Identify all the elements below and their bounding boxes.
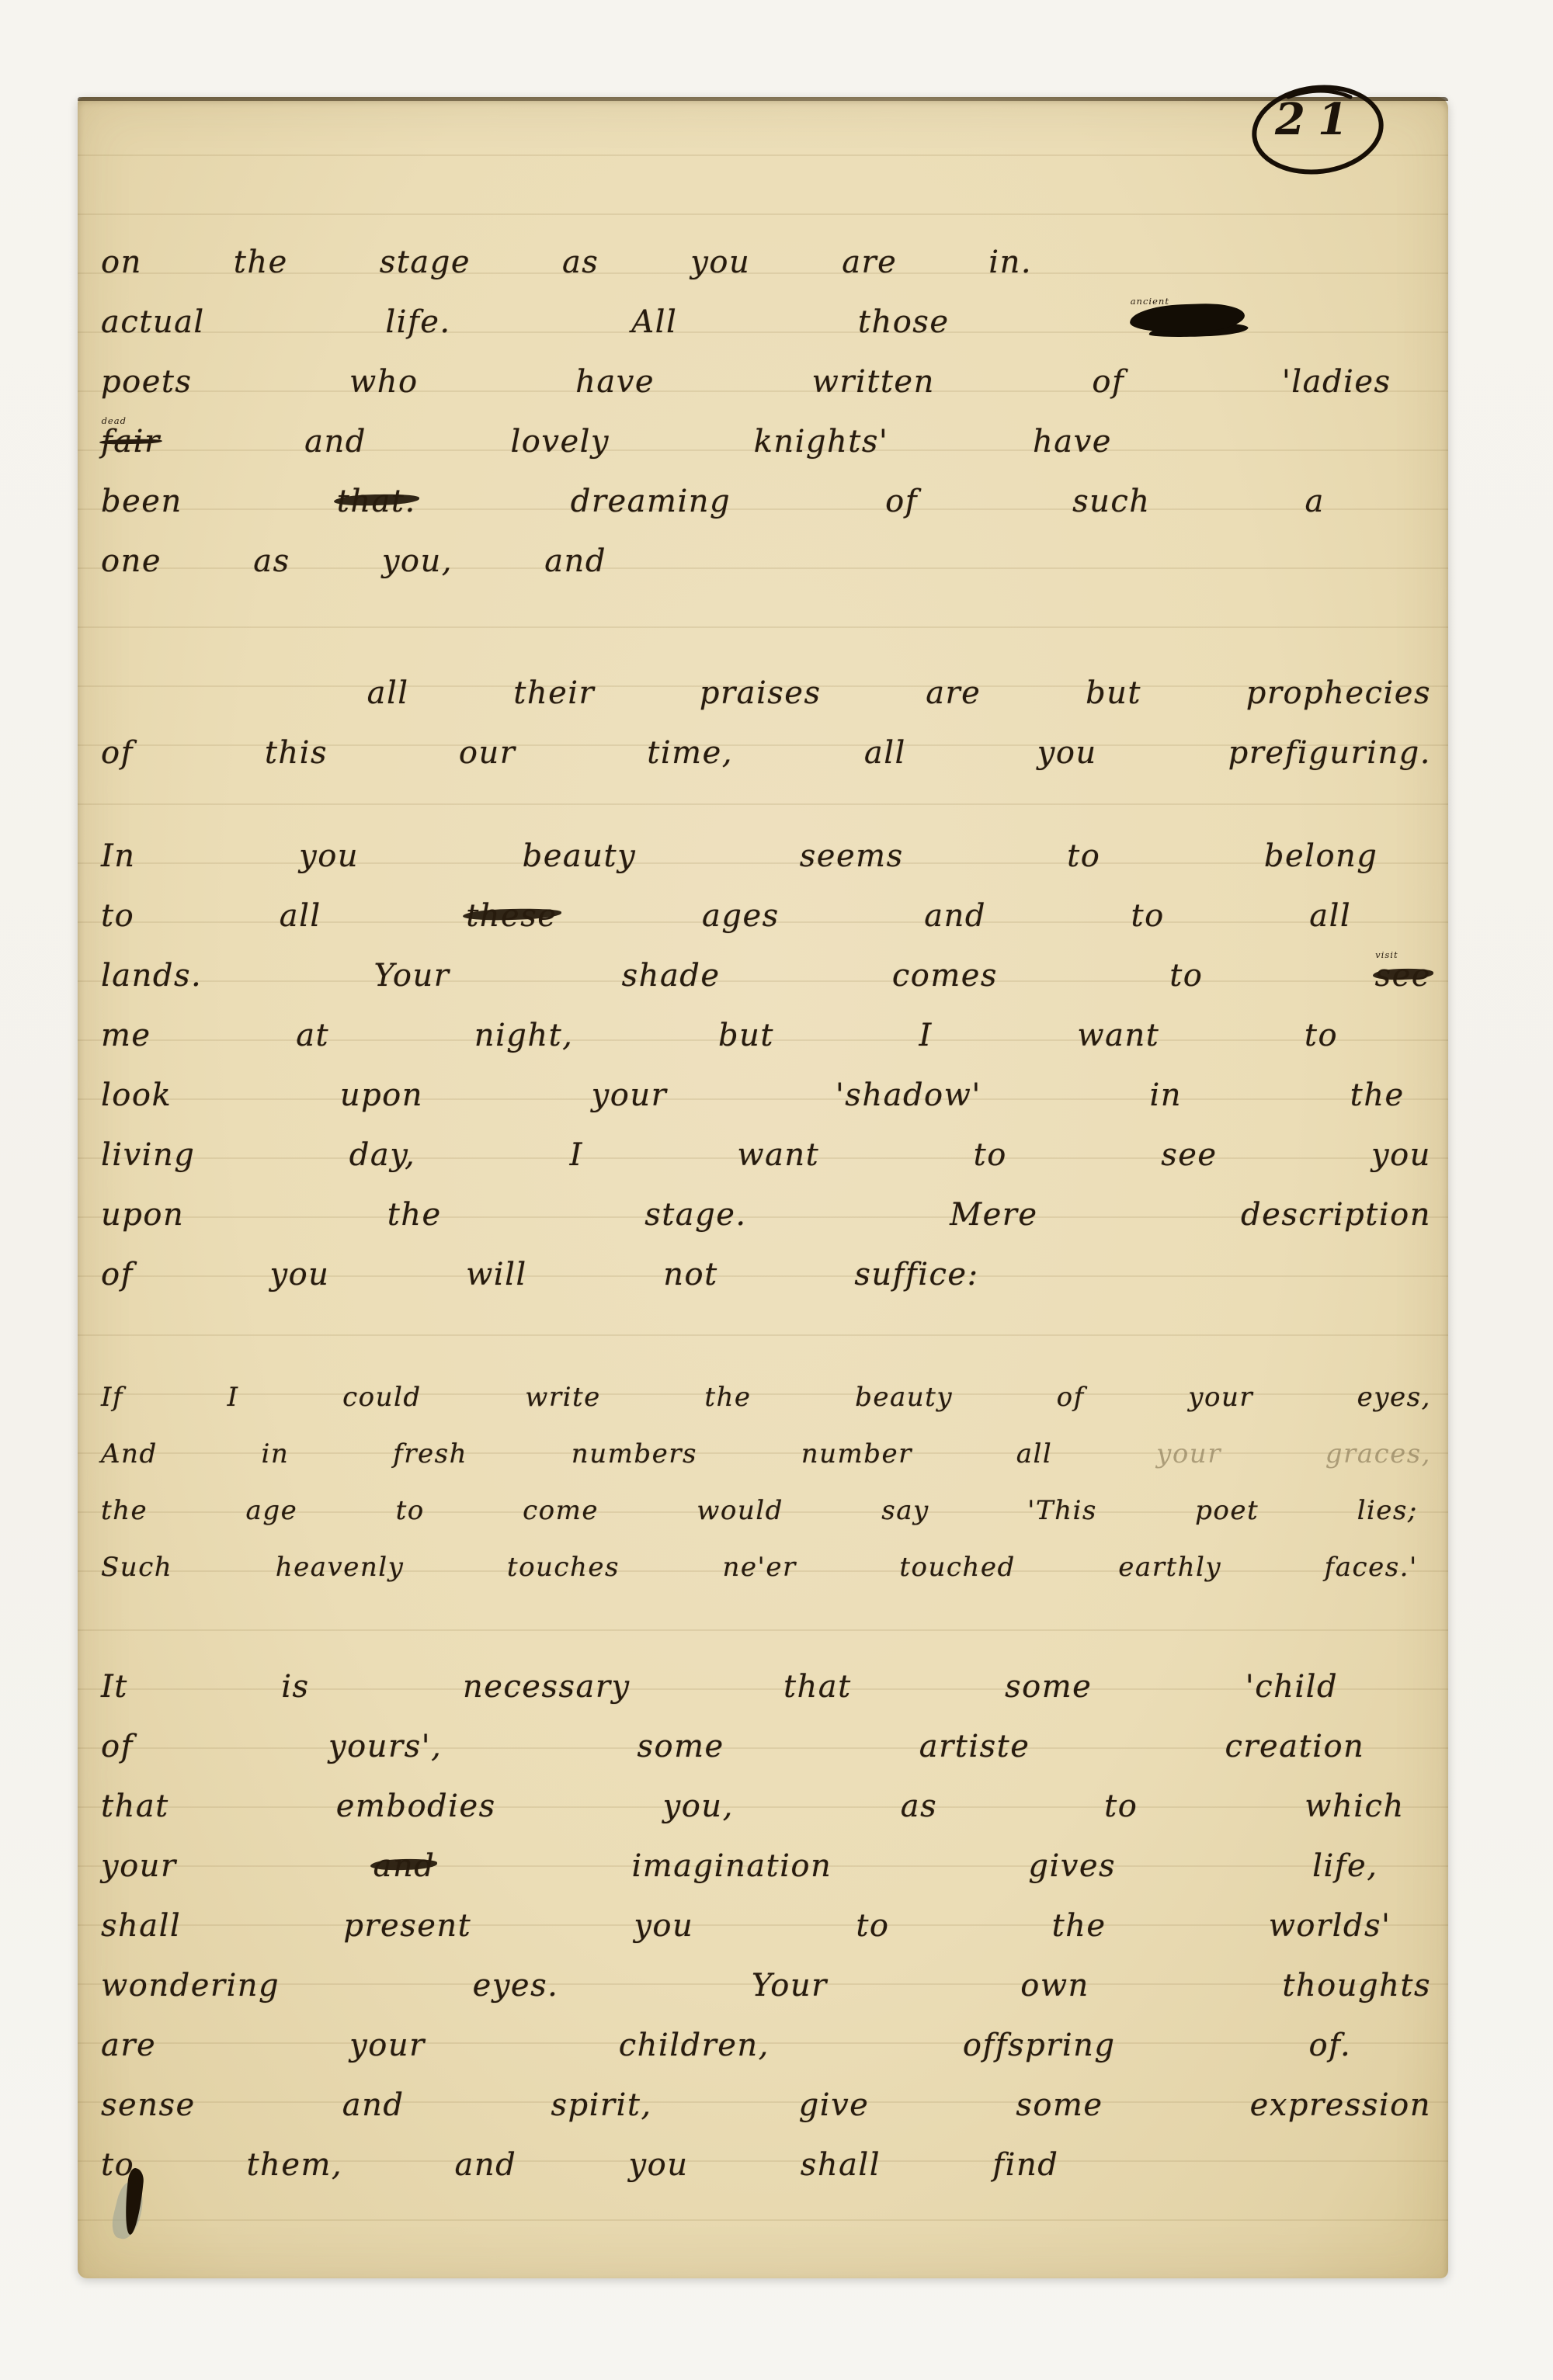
manuscript-word: say	[881, 1495, 929, 1526]
manuscript-line: ofthisourtime,allyouprefiguring.	[101, 735, 1431, 795]
struck-word: fair	[101, 424, 161, 460]
manuscript-word: and	[544, 543, 606, 579]
manuscript-word: your	[1156, 1438, 1221, 1469]
manuscript-word: eyes,	[1357, 1382, 1431, 1413]
manuscript-word: expression	[1250, 2087, 1431, 2123]
manuscript-word: It	[101, 1669, 128, 1705]
manuscript-word: me	[101, 1018, 151, 1053]
manuscript-word: heavenly	[276, 1552, 405, 1583]
manuscript-word: eyes.	[473, 1968, 559, 2004]
quote-block: alltheirpraisesarebutpropheciesofthisour…	[101, 675, 1431, 795]
manuscript-word: lands.	[101, 958, 202, 994]
manuscript-word: some	[1016, 2087, 1103, 2123]
manuscript-word: life.	[385, 304, 450, 340]
manuscript-word: in	[262, 1438, 290, 1469]
manuscript-word: sense	[101, 2087, 196, 2123]
manuscript-word: in	[1149, 1077, 1182, 1113]
manuscript-word: some	[1005, 1669, 1092, 1705]
inserted-word: ancient	[1131, 296, 1169, 307]
manuscript-word: comes	[892, 958, 998, 994]
manuscript-word: 'shadow'	[836, 1077, 981, 1113]
paragraph: onthestageasyouarein.actuallife.Allthose…	[101, 245, 1431, 603]
manuscript-word: praises	[700, 675, 822, 711]
manuscript-word: are	[101, 2028, 156, 2063]
manuscript-word: want	[1077, 1018, 1159, 1053]
manuscript-word: living	[101, 1137, 195, 1173]
manuscript-word: numbers	[572, 1438, 697, 1469]
manuscript-word: suffice:	[854, 1257, 978, 1292]
manuscript-word: number	[801, 1438, 912, 1469]
manuscript-word: necessary	[463, 1669, 631, 1705]
manuscript-word: I	[228, 1382, 239, 1413]
manuscript-word: as	[253, 543, 290, 579]
manuscript-word: you,	[382, 543, 453, 579]
struck-word: see	[1375, 958, 1431, 994]
manuscript-word: 'This	[1027, 1495, 1097, 1526]
manuscript-line: onthestageasyouarein.	[101, 245, 1032, 304]
manuscript-word: the	[101, 1495, 148, 1526]
manuscript-word: the	[704, 1382, 751, 1413]
manuscript-line: meatnight,butIwantto	[101, 1018, 1338, 1077]
manuscript-line: tothem,andyoushallfind	[101, 2147, 1058, 2207]
manuscript-word: come	[523, 1495, 599, 1526]
manuscript-line: thatembodiesyou,astowhich	[101, 1788, 1405, 1848]
manuscript-word: write	[525, 1382, 601, 1413]
manuscript-word: would	[697, 1495, 783, 1526]
manuscript-word: their	[513, 675, 595, 711]
manuscript-word: Such	[101, 1552, 172, 1583]
manuscript-word: own	[1020, 1968, 1089, 2004]
manuscript-line: areyourchildren,offspringof.	[101, 2028, 1351, 2087]
manuscript-word: you	[299, 838, 359, 874]
manuscript-line: fairdeadandlovelyknights'have	[101, 424, 1112, 484]
manuscript-word: is	[281, 1669, 309, 1705]
manuscript-word: faces.'	[1325, 1552, 1418, 1583]
manuscript-word: seems	[800, 838, 904, 874]
struck-word: and	[373, 1848, 436, 1884]
manuscript-word: in.	[988, 245, 1032, 280]
manuscript-word: In	[101, 838, 136, 874]
manuscript-word: and	[454, 2147, 516, 2183]
inserted-word: dead	[102, 415, 127, 426]
manuscript-word: our	[459, 735, 516, 771]
manuscript-word: of.	[1309, 2028, 1352, 2063]
manuscript-word: all	[1309, 898, 1351, 934]
manuscript-word: look	[101, 1077, 172, 1113]
manuscript-word: the	[1052, 1908, 1107, 1944]
paragraph: Itisnecessarythatsome'childofyours',some…	[101, 1669, 1431, 2207]
manuscript-line: Suchheavenlytouchesne'ertouchedearthlyfa…	[101, 1552, 1418, 1608]
manuscript-word: poet	[1195, 1495, 1259, 1526]
manuscript-word: to	[1104, 1788, 1138, 1824]
manuscript-word: stage	[380, 245, 471, 280]
manuscript-word: present	[343, 1908, 471, 1944]
manuscript-word: all	[1016, 1438, 1053, 1469]
manuscript-line: actuallife.Allthoseancient	[101, 304, 1245, 364]
manuscript-word: worlds'	[1269, 1908, 1391, 1944]
manuscript-word: prophecies	[1246, 675, 1431, 711]
manuscript-word: Your	[752, 1968, 828, 2004]
manuscript-word: the	[234, 245, 288, 280]
manuscript-word: as	[562, 245, 599, 280]
manuscript-word: spirit,	[551, 2087, 651, 2123]
paragraph: Inyoubeautyseemstobelongtoalltheseagesan…	[101, 838, 1431, 1317]
manuscript-word: fresh	[393, 1438, 467, 1469]
manuscript-word: you	[690, 245, 750, 280]
manuscript-word: see	[1161, 1137, 1217, 1173]
manuscript-word: of	[101, 735, 134, 771]
manuscript-word: ages	[702, 898, 780, 934]
manuscript-word: want	[737, 1137, 819, 1173]
manuscript-line: livingday,Iwanttoseeyou	[101, 1137, 1431, 1197]
struck-word: these	[466, 898, 557, 934]
manuscript-word: I	[570, 1137, 583, 1173]
manuscript-word: wondering	[101, 1968, 280, 2004]
manuscript-word: to	[974, 1137, 1007, 1173]
manuscript-word: been	[101, 484, 182, 519]
manuscript-word: life,	[1312, 1848, 1378, 1884]
manuscript-word: imagination	[631, 1848, 832, 1884]
manuscript-word: all	[280, 898, 321, 934]
manuscript-word: children,	[619, 2028, 770, 2063]
manuscript-word: you	[629, 2147, 689, 2183]
manuscript-word: those	[858, 304, 950, 340]
manuscript-word: you	[1037, 735, 1097, 771]
manuscript-word: touches	[507, 1552, 620, 1583]
manuscript-word: have	[575, 364, 655, 400]
manuscript-word: Your	[374, 958, 450, 994]
manuscript-word: not	[663, 1257, 717, 1292]
manuscript-line: Andinfreshnumbersnumberallyourgraces,	[101, 1438, 1431, 1495]
manuscript-word: to	[1131, 898, 1165, 934]
word-correction: seevisit	[1375, 958, 1431, 994]
manuscript-line: alltheirpraisesarebutprophecies	[367, 675, 1431, 735]
manuscript-text: onthestageasyouarein.actuallife.Allthose…	[101, 97, 1431, 2278]
manuscript-word: gives	[1028, 1848, 1116, 1884]
manuscript-word: thoughts	[1282, 1968, 1431, 2004]
ink-blot-over-word	[1130, 302, 1246, 334]
manuscript-word: are	[842, 245, 897, 280]
manuscript-word: of	[101, 1257, 134, 1292]
manuscript-word: your	[592, 1077, 668, 1113]
manuscript-word: knights'	[754, 424, 889, 460]
manuscript-word: of	[101, 1729, 134, 1764]
struck-word: that.	[337, 484, 416, 519]
manuscript-word: you,	[663, 1788, 734, 1824]
manuscript-word: that	[101, 1788, 169, 1824]
manuscript-word: If	[101, 1382, 123, 1413]
manuscript-word: shade	[622, 958, 721, 994]
manuscript-word: upon	[340, 1077, 423, 1113]
manuscript-line: uponthestage.Meredescription	[101, 1197, 1431, 1257]
manuscript-word: find	[992, 2147, 1058, 2183]
manuscript-word: yours',	[328, 1729, 442, 1764]
manuscript-word: such	[1072, 484, 1150, 519]
manuscript-line: ofyours',someartistecreation	[101, 1729, 1364, 1788]
manuscript-word: all	[864, 735, 906, 771]
manuscript-word: could	[342, 1382, 422, 1413]
manuscript-word: night,	[474, 1018, 574, 1053]
manuscript-word: beauty	[855, 1382, 953, 1413]
manuscript-word: of	[885, 484, 918, 519]
manuscript-word: are	[926, 675, 981, 711]
manuscript-word: offspring	[963, 2028, 1116, 2063]
manuscript-line: senseandspirit,givesomeexpression	[101, 2087, 1431, 2147]
manuscript-word: artiste	[919, 1729, 1030, 1764]
manuscript-page: 21 onthestageasyouarein.actuallife.Allth…	[78, 97, 1448, 2278]
manuscript-word: your	[349, 2028, 426, 2063]
manuscript-line: poetswhohavewrittenof'ladies	[101, 364, 1391, 424]
inserted-word: visit	[1375, 949, 1398, 960]
manuscript-line: IfIcouldwritethebeautyofyoureyes,	[101, 1382, 1431, 1438]
manuscript-word: stage.	[644, 1197, 746, 1233]
manuscript-word: you	[634, 1908, 693, 1944]
manuscript-line: shallpresentyoutotheworlds'	[101, 1908, 1391, 1968]
manuscript-word: shall	[101, 1908, 181, 1944]
manuscript-word: earthly	[1118, 1552, 1221, 1583]
manuscript-word: prefiguring.	[1228, 735, 1431, 771]
manuscript-word: that	[783, 1669, 852, 1705]
manuscript-word: to	[396, 1495, 425, 1526]
manuscript-line: Inyoubeautyseemstobelong	[101, 838, 1378, 898]
manuscript-line: wonderingeyes.Yourownthoughts	[101, 1968, 1431, 2028]
manuscript-word: your	[101, 1848, 177, 1884]
manuscript-word: age	[246, 1495, 298, 1526]
manuscript-line: lookuponyour'shadow'inthe	[101, 1077, 1405, 1137]
manuscript-word: your	[1188, 1382, 1253, 1413]
manuscript-word: but	[1086, 675, 1141, 711]
manuscript-word: but	[718, 1018, 774, 1053]
manuscript-word: shall	[801, 2147, 881, 2183]
manuscript-word: beauty	[523, 838, 637, 874]
manuscript-word: And	[101, 1438, 158, 1469]
manuscript-word: written	[812, 364, 935, 400]
manuscript-word: I	[919, 1018, 933, 1053]
manuscript-line: theagetocomewouldsay'Thispoetlies;	[101, 1495, 1418, 1552]
manuscript-word: all	[367, 675, 409, 711]
manuscript-line: Itisnecessarythatsome'child	[101, 1669, 1338, 1729]
manuscript-word: some	[637, 1729, 724, 1764]
manuscript-line: oneasyou,and	[101, 543, 606, 603]
word-correction: fairdead	[101, 424, 161, 460]
manuscript-word: actual	[101, 304, 205, 340]
manuscript-word: to	[856, 1908, 889, 1944]
manuscript-word: of	[1092, 364, 1124, 400]
manuscript-word: give	[799, 2087, 870, 2123]
manuscript-word: Mere	[950, 1197, 1037, 1233]
manuscript-word: embodies	[336, 1788, 496, 1824]
manuscript-line: ofyouwillnotsuffice:	[101, 1257, 979, 1317]
manuscript-word: this	[265, 735, 328, 771]
manuscript-line: toalltheseagesandtoall	[101, 898, 1351, 958]
manuscript-word: dreaming	[571, 484, 731, 519]
manuscript-word: ne'er	[723, 1552, 797, 1583]
manuscript-word: to	[1305, 1018, 1338, 1053]
manuscript-word: a	[1305, 484, 1325, 519]
manuscript-word: to	[1169, 958, 1203, 994]
manuscript-line: yourandimaginationgiveslife,	[101, 1848, 1378, 1908]
manuscript-word: which	[1305, 1788, 1404, 1824]
manuscript-word: to	[101, 898, 134, 934]
manuscript-word: as	[901, 1788, 937, 1824]
manuscript-word: creation	[1225, 1729, 1365, 1764]
manuscript-line: lands.Yourshadecomestoseevisit	[101, 958, 1431, 1018]
blotted-word-correction: ancient	[1130, 304, 1245, 335]
manuscript-word: you	[270, 1257, 330, 1292]
manuscript-word: on	[101, 245, 142, 280]
manuscript-word: 'ladies	[1282, 364, 1391, 400]
manuscript-word: lies;	[1357, 1495, 1418, 1526]
manuscript-word: and	[342, 2087, 405, 2123]
manuscript-word: 'child	[1246, 1669, 1338, 1705]
manuscript-word: you	[1371, 1137, 1431, 1173]
manuscript-word: who	[349, 364, 419, 400]
manuscript-word: of	[1057, 1382, 1085, 1413]
manuscript-word: All	[631, 304, 677, 340]
manuscript-line: beenthat.dreamingofsucha	[101, 484, 1325, 543]
manuscript-word: at	[296, 1018, 329, 1053]
manuscript-word: upon	[101, 1197, 184, 1233]
manuscript-word: description	[1241, 1197, 1431, 1233]
manuscript-word: belong	[1264, 838, 1378, 874]
manuscript-word: the	[1350, 1077, 1405, 1113]
manuscript-word: and	[304, 424, 367, 460]
manuscript-word: touched	[899, 1552, 1015, 1583]
manuscript-word: poets	[101, 364, 192, 400]
manuscript-word: them,	[246, 2147, 342, 2183]
manuscript-word: day,	[349, 1137, 415, 1173]
manuscript-word: one	[101, 543, 162, 579]
manuscript-word: have	[1033, 424, 1112, 460]
manuscript-word: will	[466, 1257, 527, 1292]
manuscript-word: the	[387, 1197, 442, 1233]
manuscript-word: graces,	[1325, 1438, 1431, 1469]
manuscript-word: lovely	[510, 424, 610, 460]
manuscript-word: to	[1067, 838, 1100, 874]
manuscript-word: time,	[647, 735, 733, 771]
manuscript-word: and	[924, 898, 986, 934]
quote-block: IfIcouldwritethebeautyofyoureyes,Andinfr…	[101, 1382, 1431, 1608]
